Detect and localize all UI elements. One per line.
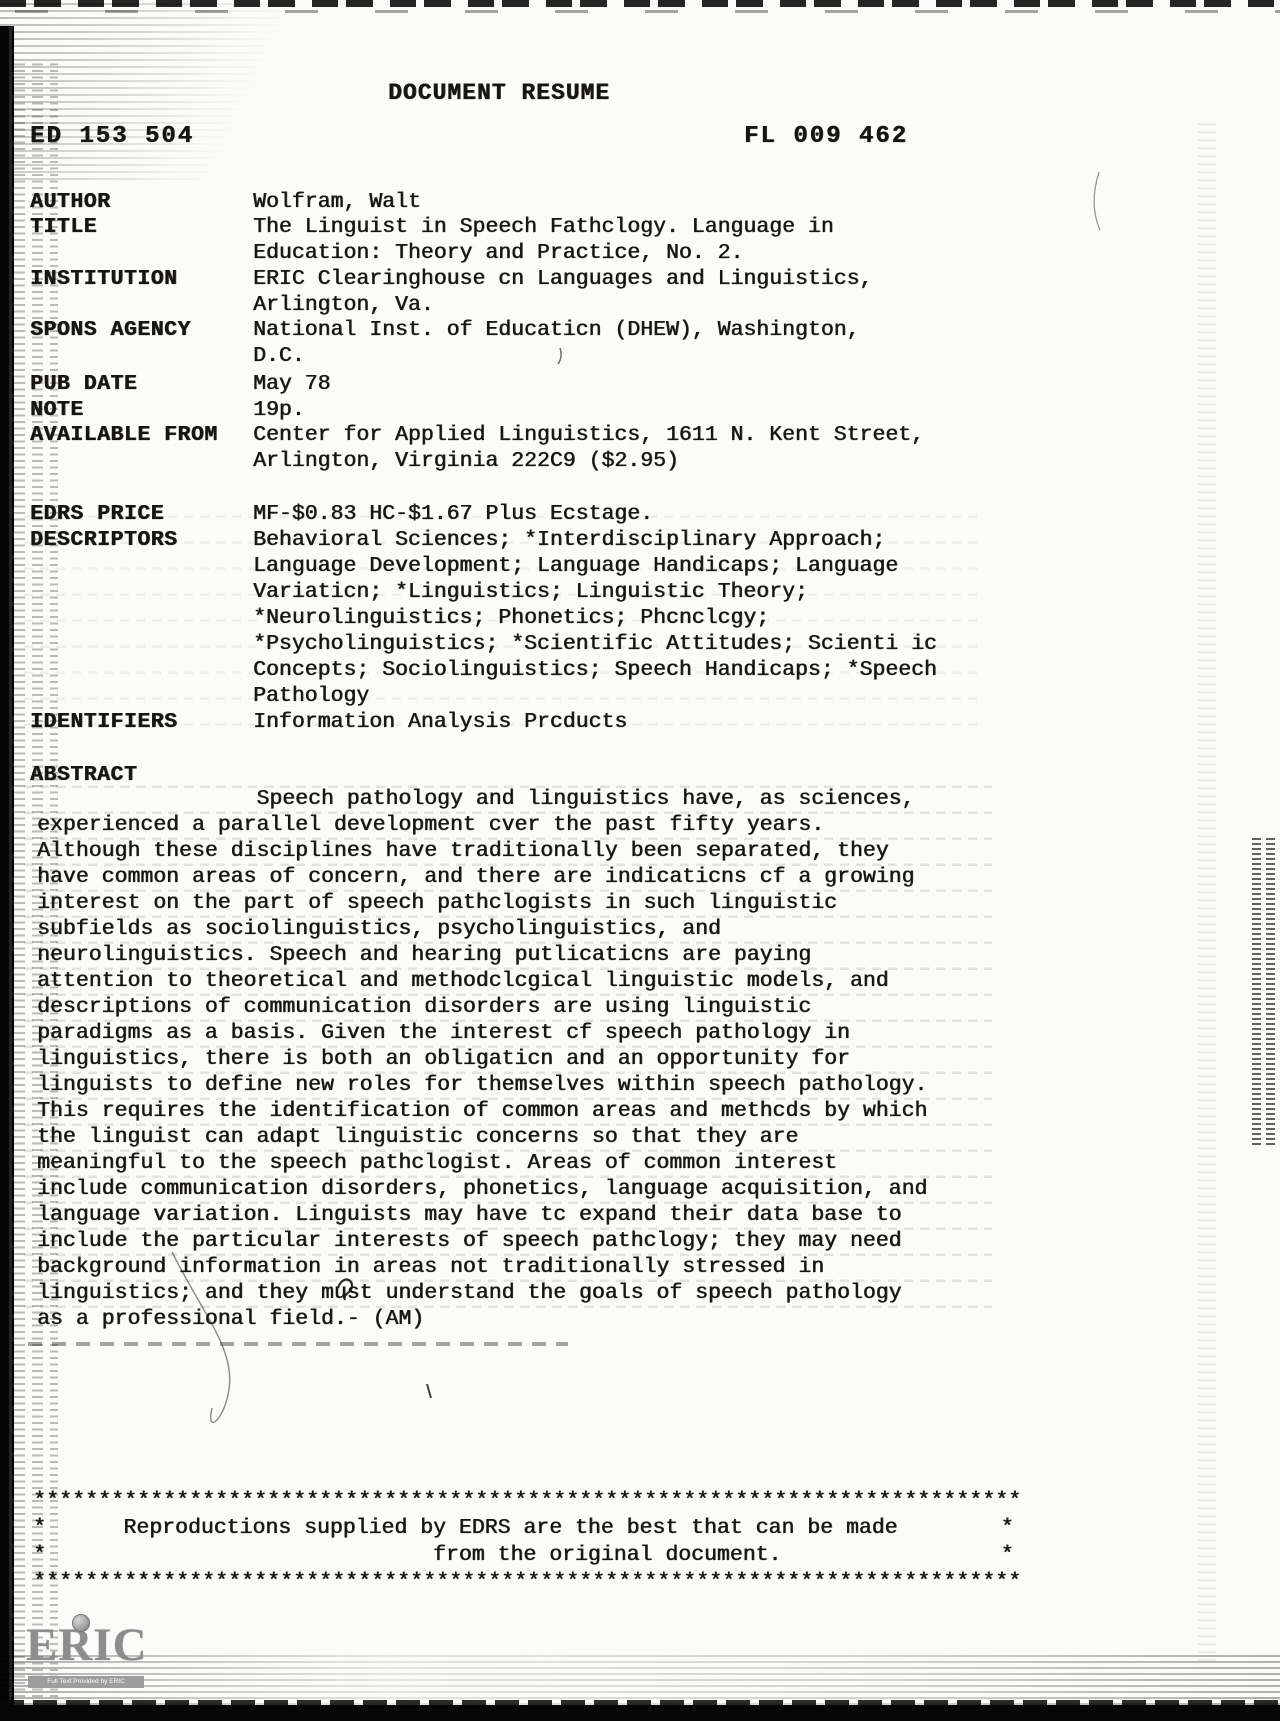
field-label: TITLE [30, 214, 97, 240]
scan-noise-right-margin [1130, 120, 1280, 1661]
field-value: 19p. [253, 397, 305, 423]
globe-icon [72, 1614, 90, 1632]
field-label: INSTITUTION [30, 266, 177, 292]
scan-noise-top-left [0, 0, 330, 180]
stars-divider-bottom: ****************************************… [33, 1569, 1021, 1595]
field-label: PUB DATE [30, 371, 137, 397]
scan-noise-top-line-2 [0, 10, 1280, 13]
scan-noise-bottom [0, 1651, 1280, 1705]
scan-black-edge-left [0, 26, 14, 1705]
scan-noise-top-line [0, 0, 1280, 7]
scan-dash-line [28, 1342, 568, 1346]
field-label: AUTHOR [30, 189, 110, 215]
ed-number: ED 153 504 [30, 124, 194, 150]
field-label: SPONS AGENCY [30, 317, 191, 343]
field-value: Wolfram, Walt [253, 189, 421, 215]
field-value: May 78 [253, 371, 330, 397]
scan-black-edge-bottom-ragged [0, 1700, 1280, 1705]
field-value: Center for Applied Linguistics, 1611 N. … [253, 422, 924, 474]
field-label: IDENTIFIERS [30, 709, 177, 735]
field-value: Information Analysis Prcducts [253, 709, 627, 735]
stars-divider-top: ****************************************… [33, 1488, 1021, 1514]
field-label: DESCRIPTORS [30, 527, 177, 553]
reproduction-notice-line-1: * Reproductions supplied by EDRS are the… [33, 1515, 1014, 1541]
scan-black-edge-bottom [0, 1705, 1280, 1721]
page-title: DOCUMENT RESUME [388, 80, 610, 106]
field-label: NOTE [30, 397, 84, 423]
field-label: EDRS PRICE [30, 501, 164, 527]
abstract-label: ABSTRACT [30, 762, 137, 788]
field-value: MF-$0.83 HC-$1.67 Plus Ecstage. [253, 501, 653, 527]
abstract-text: Speech pathology and linguistics have, a… [37, 786, 927, 1332]
field-value: Behavioral Sciences; *Interdisciplinary … [253, 527, 937, 709]
scanned-document-page: DOCUMENT RESUME ED 153 504 FL 009 462 AU… [0, 0, 1280, 1721]
scan-noise-right-band [1252, 835, 1280, 1145]
eric-logo: ERIC Full Text Provided by ERIC [26, 1616, 166, 1704]
eric-logo-tagline: Full Text Provided by ERIC [28, 1676, 144, 1688]
field-value: ERIC Clearinghouse cn Languages and Ling… [253, 266, 872, 318]
field-label: AVAILABLE FROM [30, 422, 218, 448]
field-value: The Linguist in Speech Fathclogy. Langua… [253, 214, 834, 266]
clearinghouse-number: FL 009 462 [744, 124, 908, 150]
field-value: National Inst. of Educaticn (DHEW), Wash… [253, 317, 859, 369]
reproduction-notice-line-2: * from the original document. * [33, 1542, 1014, 1568]
